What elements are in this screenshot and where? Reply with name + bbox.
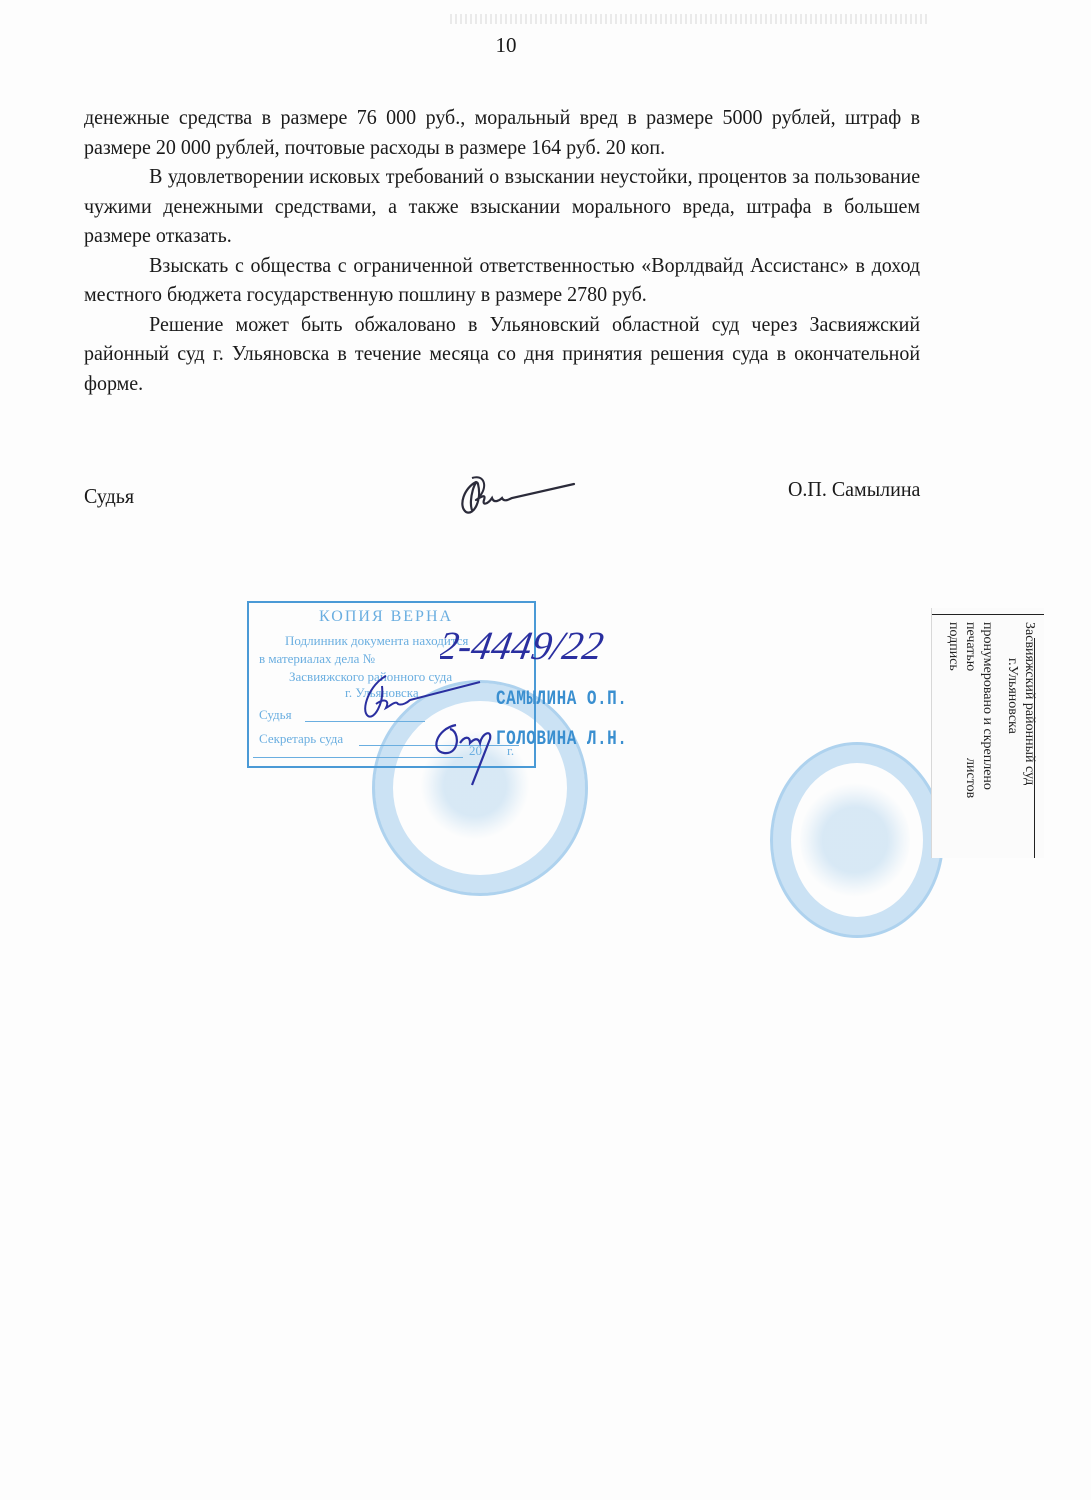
signature-block: Судья О.П. Самылина — [84, 470, 920, 520]
label-city: г.Ульяновска — [1004, 658, 1021, 734]
page-number: 10 — [0, 32, 1012, 58]
paragraph: денежные средства в размере 76 000 руб.,… — [84, 103, 920, 162]
stamp-judge-label: Судья — [259, 707, 292, 723]
signer-name: О.П. Самылина — [788, 477, 920, 502]
label-signature: подпись — [945, 622, 962, 671]
label-numbered: пронумеровано и скреплено — [979, 622, 996, 790]
handwritten-case-number: 2-4449/22 — [440, 615, 660, 675]
svg-text:2-4449/22: 2-4449/22 — [440, 623, 607, 668]
paragraph: В удовлетворении исковых требований о вз… — [84, 162, 920, 251]
handwritten-signature-icon — [454, 470, 594, 520]
stamp-line: в материалах дела № — [259, 651, 375, 667]
label-seal: печатью — [962, 622, 979, 671]
judge-name-stamp: САМЫЛИНА О.П. — [496, 688, 627, 711]
stamp-title: КОПИЯ ВЕРНА — [319, 608, 453, 626]
signer-role: Судья — [84, 484, 134, 509]
eagle-emblem-icon — [800, 780, 910, 900]
handwritten-signature-icon — [420, 715, 510, 790]
binding-certification-label: Засвияжский районный суд г.Ульяновска пр… — [931, 608, 1044, 858]
paragraph: Решение может быть обжаловано в Ульяновс… — [84, 310, 920, 399]
paragraph: Взыскать с общества с ограниченной ответ… — [84, 251, 920, 310]
stamp-secretary-label: Секретарь суда — [259, 731, 343, 747]
label-court: Засвияжский районный суд — [1021, 622, 1038, 785]
label-sheets: листов — [962, 758, 979, 798]
scan-artifact — [450, 14, 930, 24]
document-body: денежные средства в размере 76 000 руб.,… — [84, 103, 920, 398]
secretary-name-stamp: ГОЛОВИНА Л.Н. — [496, 728, 627, 751]
